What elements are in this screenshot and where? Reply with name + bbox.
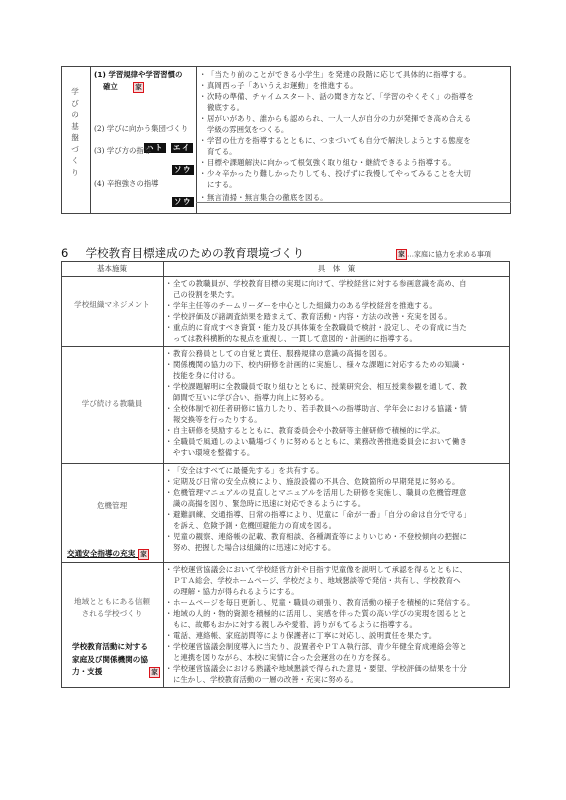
list-item: 危機管理マニュアルの見直しとマニュアルを活用した研修を実施し、職員の危機管理意 [166,487,508,498]
item-label-text: 確立 [103,82,118,91]
list-item: 自主研修を奨励するとともに、教育委員会や小教研等主催研修で積極的に学ぶ。 [166,425,508,436]
list-item-cont: 師間で互いに学び合い、指導力向上に努める。 [166,392,508,403]
vertical-char: 盤 [70,132,80,144]
vertical-char: く [70,155,80,167]
sou-badge: ソウ [172,197,194,207]
list-item: 全職員で風通しのよい職場づくりに努めるとともに、業務改善推進委員会において働き [166,436,508,447]
sublabel-line: 家庭及び関係機関の協 [72,654,162,667]
list-item: 電話、連絡帳、家庭訪問等により保護者に丁寧に対応し、説明責任を果たす。 [166,630,508,641]
section-title: 6 学校教育目標達成のための教育環境づくり [61,246,304,260]
sublabel-text: 交通安全指導の充実 [67,549,135,558]
row-sublabel-traffic-safety: 交通安全指導の充実 家 [67,548,149,561]
row-label-org-management: 学校組織マネジメント [61,299,163,311]
top-measures-list: 「当たり前のことができる小学生」を発達の段階に応じて具体的に指導する。 真岡西っ… [200,69,510,203]
row-sublabel-family-support: 学校教育活動に対する 家庭及び関係機関の協 力・支援 家 [72,641,162,679]
list-item-cont: 学級の雰囲気をつくる。 [200,124,510,135]
list-item: 学校運営協議会において学校経営方針や目指す児童像を説明して承認を得るとともに、 [166,564,508,575]
list-item-cont: の理解・協力が得られるようにする。 [166,586,508,597]
vertical-char: り [70,167,80,179]
item-badges-2: ハト エイ [144,135,193,154]
label-line: される学校づくり [61,608,163,620]
list-item: 学年主任等のチームリーダーを中心とした組織力のある学校経営を推進する。 [166,300,508,311]
item-badges-3: ソウ [172,157,194,176]
list-item-cont: 技能を身に付ける。 [166,370,508,381]
list-item: 学校評価及び諸調査結果を踏まえて、教育活動・内容・方法の改善・充実を図る。 [166,311,508,322]
list-item: ホームページを毎日更新し、児童・職員の頑張り、教育活動の様子を積極的に発信する。 [166,597,508,608]
family-badge: 家 [149,667,160,678]
header-basic: 基本施策 [61,262,163,275]
list-item: 学校運営協議会における熟議や地域懇談で得られた意見・要望、学校評価の結果を十分 [166,663,508,674]
row-label-continuous-learning-staff: 学び続ける教職員 [61,398,163,410]
list-item: 真岡西っ子「あいうえお運動」を推進する。 [200,80,510,91]
list-item: 「安全はすべてに最優先する」を共有する。 [166,465,508,476]
list-item-cont: と連携を図りながら、本校に実情に合った会運営の在り方を探る。 [166,652,508,663]
sublabel-line: 力・支援 [72,667,102,676]
item-label-4: (4) 辛抱強さの指導 [94,178,159,189]
row-divider [61,346,510,347]
row-label-risk-management: 危機管理 [61,500,163,512]
list-item: 避難訓練、交通指導、日常の指導により、児童に「命が一番」「自分の命は自分で守る」 [166,509,508,520]
section-title-text: 学校教育目標達成のための教育環境づくり [86,246,305,260]
family-badge: 家 [138,549,149,560]
legend-text: …家庭に協力を求める事項 [407,251,491,259]
row-measures-org-management: 全ての教職員が、学校教育目標の実現に向けて、学校経営に対する参画意識を高め、自 … [166,278,508,344]
section-number: 6 [61,246,68,260]
sublabel-line: 学校教育活動に対する [72,641,162,654]
family-badge: 家 [133,82,144,93]
list-item: 居がいがあり、誰からも認められ、一人一人が自分の力が発揮でき高め合える [200,113,510,124]
item-label-2: (2) 学びに向かう集団づくり [94,123,188,134]
list-item: 無言清掃・無言集合の徹底を図る。 [200,192,510,203]
list-item: 目標や課題解決に向かって根気強く取り組む・継続できるよう指導する。 [200,157,510,168]
list-item-cont: 徹底する。 [200,102,510,113]
list-item: 学校課題解明に全教職員で取り組むとともに、授業研究会、相互授業参観を通して、教 [166,381,508,392]
row-divider [61,463,510,464]
list-item-cont: 努め、把握した場合は組織的に迅速に対応する。 [166,542,508,553]
list-item: 教育公務員としての自覚と責任、服務規律の意識の高揚を図る。 [166,348,508,359]
row-divider [61,562,510,563]
item-label-3: (3) 学び方の指導 [94,145,151,156]
sou-badge: ソウ [172,165,194,175]
ei-badge: エイ [171,143,193,153]
vertical-char: び [70,98,80,110]
vertical-char: 基 [70,121,80,133]
table-divider [196,66,197,214]
list-item-cont: っては教科横断的な視点を重視し、一貫して意図的・計画的に指導する。 [166,333,508,344]
list-item: 次時の準備、チャイムスタート、話の聞き方など、「学習のやくそく」の指導を [200,91,510,102]
list-item: 重点的に育成すべき資質・能力及び具体策を全教職員で検討・設定し、その育成に当た [166,322,508,333]
row-measures-community-trust: 学校運営協議会において学校経営方針や目指す児童像を説明して承認を得るとともに、 … [166,564,508,685]
label-line: 地域とともにある信頼 [61,596,163,608]
list-item-cont: 識の高揚を図り、緊急時に迅速に対応できるようにする。 [166,498,508,509]
list-item-cont: に生かし、学校教育活動の一層の改善・充実に努める。 [166,674,508,685]
list-item: 「当たり前のことができる小学生」を発達の段階に応じて具体的に指導する。 [200,69,510,80]
list-item-cont: 育てる。 [200,146,510,157]
list-item: 児童の観察、連絡帳の記載、教育相談、各種調査等によりいじめ・不登校傾向の把握に [166,531,508,542]
row-label-community-trust: 地域とともにある信頼 される学校づくり [61,596,163,620]
item-badges-4: ソウ [172,189,194,208]
header-concrete: 具 体 策 [163,262,510,275]
item-label-1: (1) 学習規律や学習習慣の [94,69,182,80]
list-item: 全校体制で初任者研修に協力したり、若手教員への指導助言、学年会における協議・情 [166,403,508,414]
item-label-1-cont: 確立 家 [103,81,144,93]
list-item: 学校運営協議会制度導入に当たり、設置者やＰＴＡ執行部、青少年健全育成連絡会等と [166,641,508,652]
list-item: 関係機関の協力の下、校内研修を計画的に実施し、様々な課題に対応するための知識・ [166,359,508,370]
header-divider [61,276,510,277]
list-item-cont: ＰＴＡ総会、学校ホームページ、学校だより、地域懇談等で発信・共有し、学校教育へ [166,575,508,586]
vertical-char: 学 [70,86,80,98]
list-item-cont: もに、故郷もおかに対する親しみや愛着、誇りがもてるように指導する。 [166,619,508,630]
category-vertical-label: 学 び の 基 盤 づ く り [70,86,80,178]
list-item-cont: 報交換等を行ったりする。 [166,414,508,425]
list-item: 定期及び日常の安全点検により、施設設備の不具合、危険箇所の早期発見に努める。 [166,476,508,487]
list-item: 地域の人的・物的資源を積極的に活用し、実感を伴った質の高い学びの実現を図るとと [166,608,508,619]
list-item: 全ての教職員が、学校教育目標の実現に向けて、学校経営に対する参画意識を高め、自 [166,278,508,289]
vertical-char: の [70,109,80,121]
list-item-cont: やすい環境を整備する。 [166,447,508,458]
list-item: 学習の仕方を指導するとともに、つまづいても自分で解決しようとする態度を [200,135,510,146]
legend: 家…家庭に協力を求める事項 [396,249,491,260]
list-item-cont: にする。 [200,179,510,190]
family-badge: 家 [396,249,407,260]
row-measures-risk-management: 「安全はすべてに最優先する」を共有する。 定期及び日常の安全点検により、施設設備… [166,465,508,553]
table-divider [90,66,91,214]
row-measures-continuous-learning-staff: 教育公務員としての自覚と責任、服務規律の意識の高揚を図る。 関係機関の協力の下、… [166,348,508,458]
vertical-char: づ [70,144,80,156]
list-item: 少々辛かったり難しかったりしても、投げずに我慢してやってみることを大切 [200,168,510,179]
list-item-cont: 己の役割を果たす。 [166,289,508,300]
table-divider [163,261,164,688]
list-item-cont: を訴え、危険予測・危機回避能力の育成を図る。 [166,520,508,531]
